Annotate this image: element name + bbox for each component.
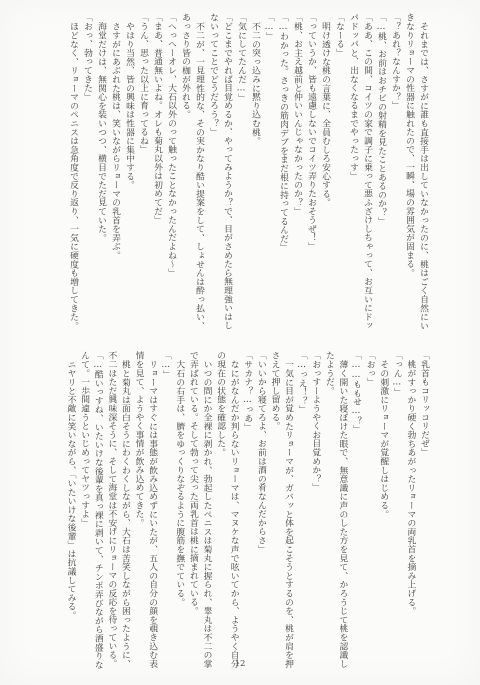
text-line: 「…わかった。さっきの筋肉デブをまだ根に持ってるんだ」 — [276, 13, 290, 337]
text-line: たようだ。 — [321, 351, 335, 675]
text-line: ニヤリと不敵に笑いながら、「いたいけな後輩」は抗議してみる。 — [63, 351, 77, 675]
text-line: 明け透けな桃の言葉に、全員むしろ安心する。 — [318, 13, 332, 337]
text-line: 一気に目が覚めたリョーマが、ガバッと体を起こそうとするのを、桃が肩を押 — [280, 351, 294, 675]
text-line: さえて押し留める。 — [267, 351, 281, 675]
text-line: 「おっ、勃ってきた」 — [80, 13, 94, 337]
text-line: 大石の右手は、臍をゆっくりなぞるように腹筋を撫でている。 — [172, 351, 186, 675]
text-line: 「なーる」 — [332, 13, 346, 337]
text-line: 「っん…」 — [389, 351, 403, 675]
text-line: 「おっ」 — [362, 351, 376, 675]
text-line: その刺激にリョーマが覚醒しはじめる。 — [376, 351, 390, 675]
text-line: 「ああ、この間、コイツの家で調子に乗って悪ふざけしちゃって、お互いにドッ — [360, 13, 374, 337]
text-line: 桃がすっかり硬く勃ちあがったリョーマの両乳首を摘み上げる。 — [403, 351, 417, 675]
text-line: きなりリョーマの性器に触れたので、一瞬、場の雰囲気が固まる。 — [402, 13, 416, 337]
page-number: 12 — [0, 659, 480, 669]
text-line: 「…桃、お前はおチビの射精を見たことあるのか？」 — [374, 13, 388, 337]
text-line: 「乳首もコリッコリだぜ」 — [416, 351, 430, 675]
text-line: 情を見て、ようやく事情が飲み込めてきた。 — [131, 351, 145, 675]
document-page: それまでは、さすがに誰も直接手は出していなかったのに、桃はごく自然にいきなりリョ… — [0, 0, 480, 685]
text-line: ほどなく、リョーマのペニスは急角度で反り返り、一気に硬度も増してきた。 — [66, 13, 80, 337]
text-line: 「桃、お主え越前と仲いいんじゃなかったのか？」 — [290, 13, 304, 337]
text-line: やはり当然、皆の興味は性器に集中する。 — [122, 13, 136, 337]
text-line: 「…」 — [158, 351, 172, 675]
text-line: で弄ばれている。そして勃って尖った両乳首は桃に摘まれている。 — [185, 351, 199, 675]
text-line: 「…酷いっすね、いたいけな後輩を真っ裸に剥いて、チンポ弄びながら酒盛りな — [90, 351, 104, 675]
text-line: 「？あれ？なんすか？」 — [388, 13, 402, 337]
text-line: 「っていうか、皆も遠慮しないでコイツ弄りたおそうぜ！」 — [304, 13, 318, 337]
text-line: ないってことでどうだろう？」 — [206, 13, 220, 337]
text-line: 桃と菊丸は面白そうにわくわくしながら、大石は苦笑しながら困ったように、 — [117, 351, 131, 675]
text-line: あっさり皆の枷が外れる。 — [178, 13, 192, 337]
text-line: 「うん、思った以上に育ってるね」 — [136, 13, 150, 337]
text-line: 「どこまでやれば目覚めるか、やってみようか？で、目がさめたら無理強いはし — [220, 13, 234, 337]
text-line: 不二の突っ込みに黙り込む桃。 — [248, 13, 262, 337]
text-line: なにがなんだか判らないリョーマは、マヌケな声で呟いてから、ようやく自分 — [226, 351, 240, 675]
text-block-top: それまでは、さすがに誰も直接手は出していなかったのに、桃はごく自然にいきなりリョ… — [66, 13, 430, 337]
text-line: それまでは、さすがに誰も直接手は出していなかったのに、桃はごく自然にい — [416, 13, 430, 337]
text-block-bottom: 「乳首もコリッコリだぜ」桃がすっかり硬く勃ちあがったリョーマの両乳首を摘み上げる… — [63, 351, 430, 675]
text-line: 「…」 — [262, 13, 276, 337]
text-line: さすがにあぶれた桃は、笑いながらリョーマの乳首を弄ぶ。 — [108, 13, 122, 337]
text-line: んて。一歩間違うといじめってヤツっすよ」 — [77, 351, 91, 675]
text-line: 不二が、一見理性的な、その実かなり酷い提案をして、しょせんは酔っ払い、 — [192, 13, 206, 337]
text-line: 「……ももせ…？」 — [348, 351, 362, 675]
text-line: 不二はただ興味深そうに、そして海堂は不安げにリョーマの反応を待っている。 — [104, 351, 118, 675]
text-line: 「へっへーオレ、大石以外のって触ったことなかったんだよね〜」 — [164, 13, 178, 337]
text-line: 「まあ、普通無いよね。オレも菊丸以外は初めてだ」 — [150, 13, 164, 337]
text-line: パドッパと、出なくなるまでやったっす」 — [346, 13, 360, 337]
text-line: いつの間にか全裸に剥かれ、勃起したペニスは菊丸に握られ、睾丸は不二の掌 — [199, 351, 213, 675]
text-line: 「気にしてたんだ…」 — [234, 13, 248, 337]
text-line: 「…っえ！？」 — [294, 351, 308, 675]
text-line: 薄く開いた寝ぼけた眼で、無意識に声のした方を見て、かろうじて桃を認識し — [335, 351, 349, 675]
text-line: 海堂だけは、無関心を装いつつ、横目でただ見ていた。 — [94, 13, 108, 337]
text-line: 「サカナ？…っあ」 — [240, 351, 254, 675]
text-line: リョーマはすぐには事態が飲み込めずにいたが、五人の自分の顔を覗き込む表 — [145, 351, 159, 675]
text-line: 「おっすーようやくお目覚めか？」 — [308, 351, 322, 675]
text-line: の現在の状態を確認した。 — [213, 351, 227, 675]
text-line: 「いいから寝てろよ、お前は酒の肴なんだからさ」 — [253, 351, 267, 675]
